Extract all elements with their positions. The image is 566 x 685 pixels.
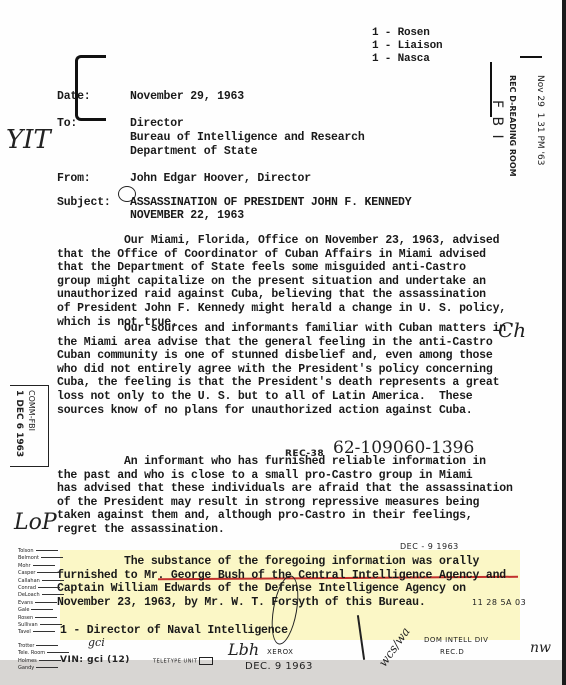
to-label: To: — [57, 117, 77, 130]
teletype-text: TELETYPE UNIT — [153, 659, 197, 665]
handwritten-initials: Ch — [498, 318, 526, 342]
handwritten-signature: Lbh — [228, 640, 259, 659]
routing-entry: Casper — [18, 570, 69, 577]
paragraph-line: unauthorized raid against Cuba, believin… — [57, 288, 486, 301]
routing-entry: Mohr — [18, 563, 69, 570]
paragraph-line: Captain William Edwards of the Defense I… — [57, 582, 466, 595]
routing-entry: Tavel — [18, 629, 69, 636]
margin-dash — [520, 56, 542, 58]
subject-line: NOVEMBER 22, 1963 — [130, 209, 244, 222]
xerox-stamp: XEROX — [267, 648, 293, 656]
reading-room-stamp: REC D-READING ROOM — [508, 75, 517, 177]
routing-entry: Callahan — [18, 578, 69, 585]
from-label: From: — [57, 172, 91, 185]
paragraph-line: of the President may result in strong re… — [57, 496, 479, 509]
mailed-stamp: 1 DEC 6 1963 — [14, 390, 24, 457]
margin-line — [490, 62, 492, 117]
routing-entry: DeLoach — [18, 592, 69, 599]
received-time-stamp: Nov 29 1 31 PM '63 — [535, 75, 545, 165]
routing-entry: Gandy — [18, 665, 69, 672]
routing-entry: Rosen — [18, 615, 69, 622]
routing-entry: Sullivan — [18, 622, 69, 629]
paragraph-line: November 23, 1963, by Mr. W. T. Forsyth … — [57, 596, 426, 609]
date-value: November 29, 1963 — [130, 90, 244, 103]
subject-line: ASSASSINATION OF PRESIDENT JOHN F. KENNE… — [130, 196, 411, 209]
distribution-item: 1 - Rosen — [372, 27, 430, 40]
routing-list: TolsonBelmontMohrCasperCallahanConradDeL… — [18, 548, 69, 673]
paragraph-line: regret the assassination. — [57, 523, 225, 536]
paragraph-line: of President John F. Kennedy might heral… — [57, 302, 506, 315]
to-line: Director — [130, 117, 184, 130]
paragraph-line: taken against them and, although pro-Cas… — [57, 509, 472, 522]
paragraph-line: group might capitalize on the present si… — [57, 275, 486, 288]
handwritten-initials: nw — [530, 640, 551, 656]
paragraph-line: loss not only to the U. S. but to all of… — [57, 390, 472, 403]
rec-d-stamp: REC.D — [440, 648, 464, 656]
paragraph-line: The substance of the foregoing informati… — [57, 555, 479, 568]
paragraph-line: the past and who is close to a small pro… — [57, 469, 472, 482]
paragraph-line: that the Department of State feels some … — [57, 261, 466, 274]
date-label: Date: — [57, 90, 91, 103]
subject-label: Subject: — [57, 196, 111, 209]
paragraph-line: has advised that these individuals are a… — [57, 482, 513, 495]
routing-entry: Belmont — [18, 555, 69, 562]
to-line: Bureau of Intelligence and Research — [130, 131, 365, 144]
paragraph-line: Cuban community is one of stunned disbel… — [57, 349, 493, 362]
distribution-item: 1 - Liaison — [372, 40, 442, 53]
dom-intell-stamp: DOM INTELL DIV — [424, 636, 488, 644]
date-stamp-bottom: DEC. 9 1963 — [245, 661, 313, 672]
to-line: Department of State — [130, 145, 257, 158]
handwritten-initials: LoP — [14, 510, 57, 535]
bracket-mark — [75, 55, 106, 121]
comm-fbi-stamp: COMM-FBI — [27, 390, 36, 431]
time-code-stamp: 11 28 5A 03 — [472, 598, 526, 607]
paragraph-line: sources know of no plans for unauthorize… — [57, 404, 472, 417]
paragraph-line: Our Miami, Florida, Office on November 2… — [57, 234, 499, 247]
paragraph-line: that the Office of Coordinator of Cuban … — [57, 248, 486, 261]
page-edge — [562, 0, 566, 685]
handwritten-note: gci — [88, 636, 105, 649]
date-stamp: DEC - 9 1963 — [400, 542, 459, 551]
routing-entry: Tolson — [18, 548, 69, 555]
routing-entry: Conrad — [18, 585, 69, 592]
file-number: 62-109060-1396 — [333, 438, 474, 458]
distribution-item: 1 - Nasca — [372, 53, 430, 66]
paragraph-line: furnished to Mr. George Bush of the Cent… — [57, 569, 506, 582]
paragraph-line: Our sources and informants familiar with… — [57, 322, 506, 335]
paragraph-line: the Miami area advise that the general f… — [57, 336, 493, 349]
routing-entry: Gale — [18, 607, 69, 614]
teletype-label: TELETYPE UNIT — [153, 657, 213, 665]
routing-entry: Evans — [18, 600, 69, 607]
paragraph-line: who did not entirely agree with the Pres… — [57, 363, 493, 376]
handwritten-initials: YIT — [6, 125, 51, 155]
paragraph-line: Cuba, the feeling is that the President'… — [57, 376, 499, 389]
teletype-checkbox — [199, 657, 213, 665]
rec-stamp: REC-38 — [285, 449, 324, 459]
vin-stamp: VIN: gci (12) — [60, 655, 130, 665]
routing-entry: Trotter — [18, 643, 69, 650]
from-value: John Edgar Hoover, Director — [130, 172, 311, 185]
